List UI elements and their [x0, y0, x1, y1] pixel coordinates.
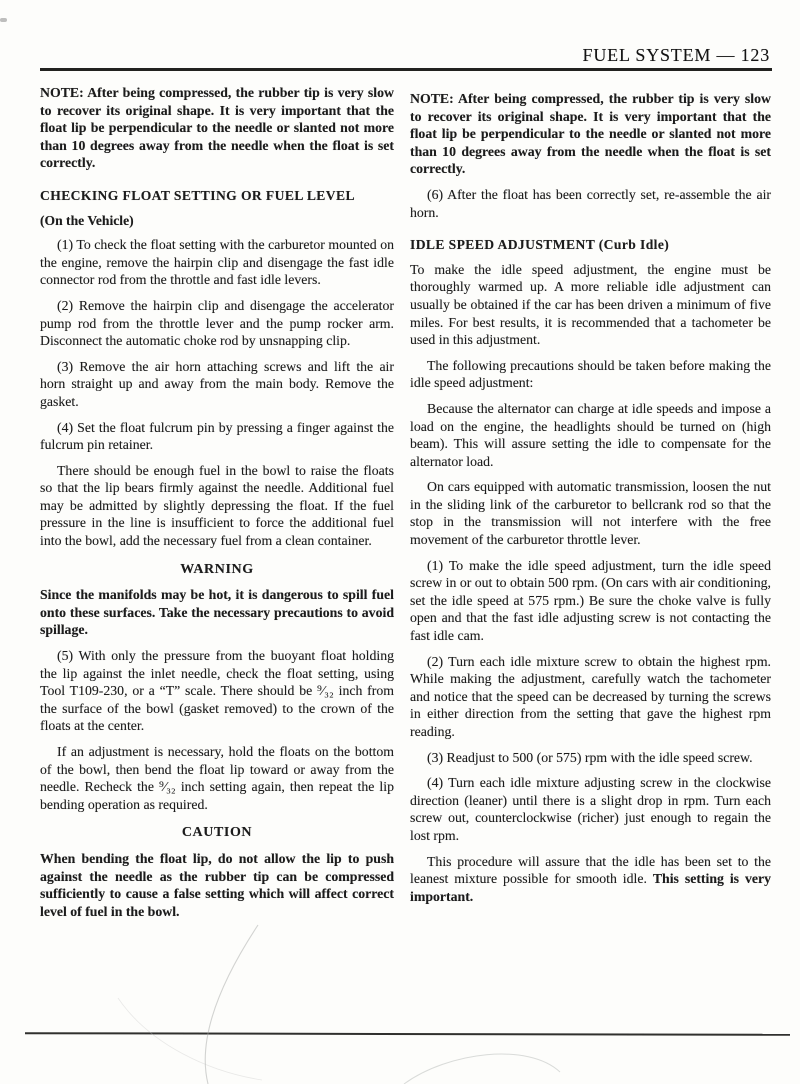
idle-step-2: (2) Turn each idle mixture screw to obta… [410, 653, 771, 741]
warmup-paragraph: To make the idle speed adjustment, the e… [410, 261, 771, 349]
warning-heading: WARNING [40, 561, 394, 579]
section-heading-idle-speed: IDLE SPEED ADJUSTMENT (Curb Idle) [410, 236, 771, 254]
warning-paragraph: Since the manifolds may be hot, it is da… [40, 586, 394, 639]
closing-paragraph: This procedure will assure that the idle… [410, 853, 771, 906]
note-paragraph: NOTE: After being compressed, the rubber… [40, 84, 394, 172]
idle-step-4: (4) Turn each idle mixture adjusting scr… [410, 774, 771, 844]
caution-heading: CAUTION [40, 824, 394, 842]
scan-smudge [0, 18, 7, 22]
idle-step-1: (1) To make the idle speed adjustment, t… [410, 557, 771, 645]
step-2: (2) Remove the hairpin clip and disengag… [40, 297, 394, 350]
alternator-paragraph: Because the alternator can charge at idl… [410, 400, 771, 470]
precautions-paragraph: The following precautions should be take… [410, 357, 771, 392]
caution-paragraph: When bending the float lip, do not allow… [40, 850, 394, 920]
right-column: NOTE: After being compressed, the rubber… [410, 90, 771, 913]
step-5: (5) With only the pressure from the buoy… [40, 647, 394, 735]
step-3: (3) Remove the air horn attaching screws… [40, 358, 394, 411]
left-column: NOTE: After being compressed, the rubber… [40, 84, 394, 928]
transmission-paragraph: On cars equipped with automatic transmis… [410, 478, 771, 548]
idle-step-3: (3) Readjust to 500 (or 575) rpm with th… [410, 749, 771, 767]
section-heading-checking-float: CHECKING FLOAT SETTING OR FUEL LEVEL [40, 187, 394, 205]
bottom-rule [25, 1032, 790, 1036]
fuel-level-paragraph: There should be enough fuel in the bowl … [40, 462, 394, 550]
manual-page: FUEL SYSTEM — 123 NOTE: After being comp… [0, 0, 800, 1084]
step-1: (1) To check the float setting with the … [40, 236, 394, 289]
note-paragraph: NOTE: After being compressed, the rubber… [410, 90, 771, 178]
header-rule [40, 68, 772, 71]
subheading-on-the-vehicle: (On the Vehicle) [40, 212, 394, 230]
step-6: (6) After the float has been correctly s… [410, 186, 771, 221]
page-title: FUEL SYSTEM — 123 [583, 45, 770, 66]
adjustment-paragraph: If an adjustment is necessary, hold the … [40, 743, 394, 813]
step-4: (4) Set the float fulcrum pin by pressin… [40, 419, 394, 454]
